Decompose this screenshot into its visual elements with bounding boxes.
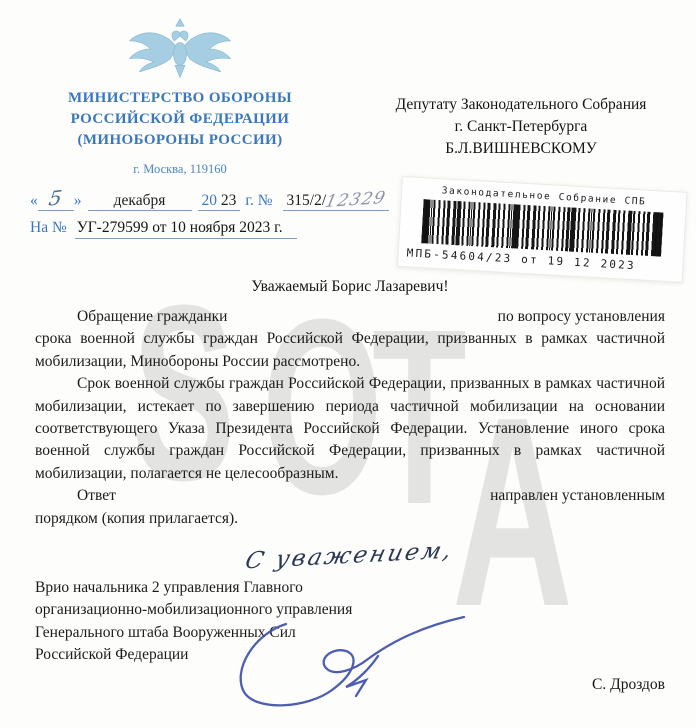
year-prefix: 20	[202, 192, 218, 209]
handwritten-signature-icon	[228, 604, 480, 720]
barcode-icon	[421, 199, 663, 256]
month-field: декабря	[88, 192, 192, 211]
quote-close: »	[74, 192, 82, 210]
closing-wrap: С уважением,	[247, 543, 665, 569]
registration-barcode-sticker: Законодательное Собрание СПБ МПБ-54604/2…	[397, 176, 688, 283]
handwritten-number: 12329	[323, 188, 387, 212]
reference-label: На №	[30, 219, 67, 237]
handwritten-closing: С уважением,	[243, 538, 457, 575]
letterhead: МИНИСТЕРСТВО ОБОРОНЫ РОССИЙСКОЙ ФЕДЕРАЦИ…	[28, 16, 332, 177]
mod-eagle-emblem-icon	[123, 16, 237, 82]
recipient-line2: г. Санкт-Петербурга	[352, 116, 690, 138]
paragraph3-left: Ответ	[77, 485, 116, 507]
paragraph1-left: Обращение гражданки	[77, 306, 227, 328]
quote-open: «	[30, 192, 38, 210]
outgoing-number-typed: 315/2/	[287, 192, 327, 209]
signer-title-line1: Врио начальника 2 управления Главного	[35, 577, 665, 599]
salutation: Уважаемый Борис Лазаревич!	[35, 278, 665, 296]
recipient-line1: Депутату Законодательного Собрания	[352, 94, 690, 116]
signer-name: С. Дроздов	[592, 676, 665, 694]
recipient-block: Депутату Законодательного Собрания г. Са…	[352, 94, 690, 160]
paragraph2: Срок военной службы граждан Российской Ф…	[35, 373, 665, 485]
paragraph1-first-line: Обращение гражданки по вопросу установле…	[35, 306, 665, 328]
ministry-name-line2: РОССИЙСКОЙ ФЕДЕРАЦИИ	[28, 109, 332, 130]
day-field: 5	[38, 186, 74, 211]
date-line: « 5 » декабря 20 23 г. № 315/2/12329	[30, 186, 410, 211]
handwritten-day: 5	[48, 185, 64, 210]
recipient-line3: Б.Л.ВИШНЕВСКОМУ	[352, 138, 690, 160]
paragraph3-rest: порядком (копия прилагается).	[35, 508, 665, 530]
outgoing-number-field: 315/2/12329	[283, 190, 390, 211]
paragraph3-first-line: Ответ направлен установленным	[35, 485, 665, 507]
paragraph1-right: по вопросу установления	[498, 306, 665, 328]
scanned-letter-page: S O T A МИНИСТЕРСТВО ОБОРОНЫ РОССИЙСКОЙ …	[0, 0, 696, 728]
year-field: 20 23	[198, 192, 241, 211]
ministry-name-line3: (МИНОБОРОНЫ РОССИИ)	[28, 130, 332, 151]
paragraph3-right: направлен установленным	[490, 485, 665, 507]
ministry-address: г. Москва, 119160	[28, 162, 332, 177]
reference-value: УГ-279599 от 10 ноября 2023 г.	[75, 219, 297, 239]
reference-line: На № УГ-279599 от 10 ноября 2023 г.	[30, 219, 297, 239]
ministry-name-line1: МИНИСТЕРСТВО ОБОРОНЫ	[28, 88, 332, 109]
year-number-label: г. №	[245, 192, 272, 210]
year-suffix: 23	[221, 192, 237, 209]
paragraph1-rest: срока военной службы граждан Российской …	[35, 328, 665, 373]
